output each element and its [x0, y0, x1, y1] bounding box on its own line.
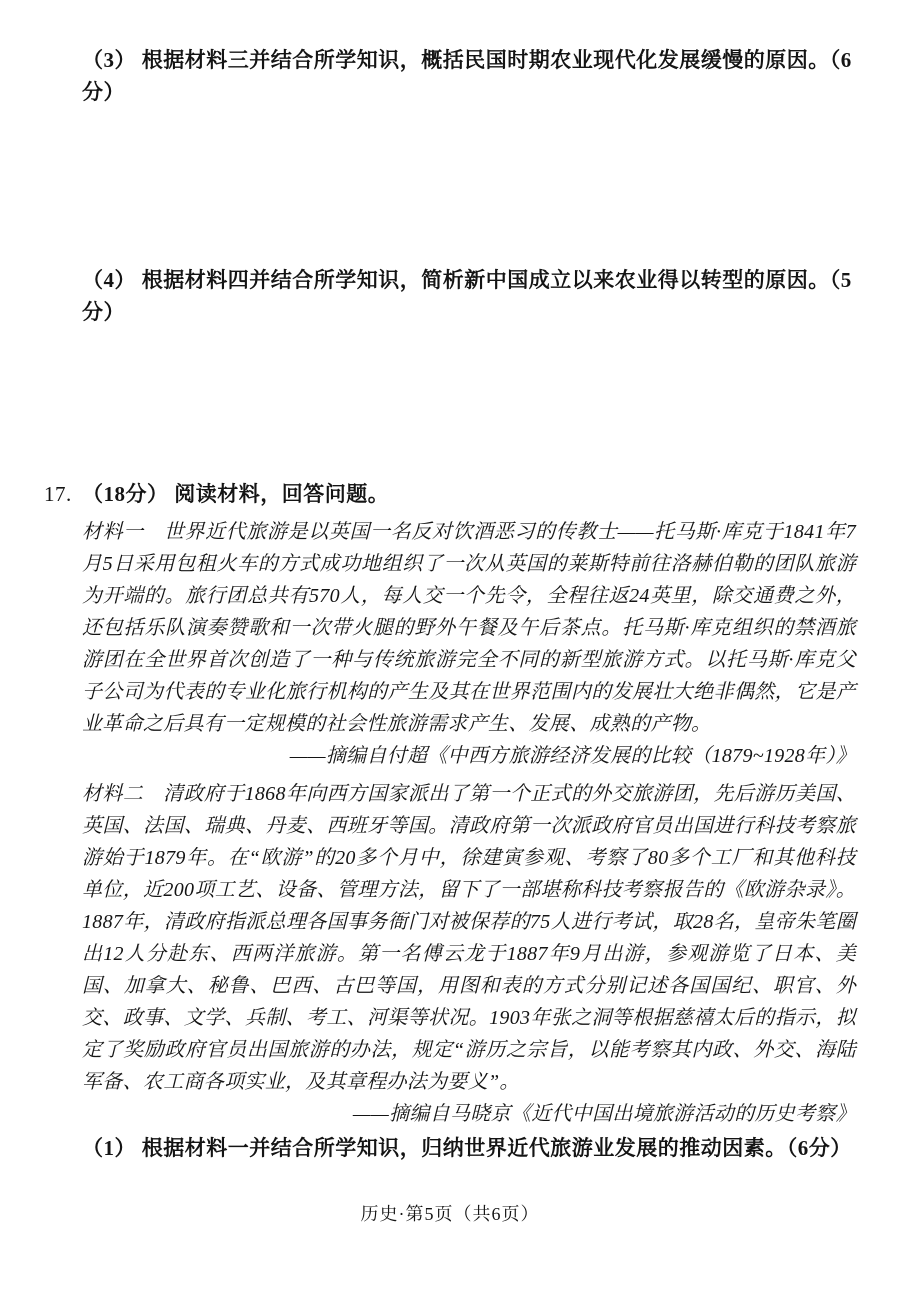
- question-3: （3） 根据材料三并结合所学知识，概括民国时期农业现代化发展缓慢的原因。（6分）: [82, 0, 856, 108]
- question-4: （4） 根据材料四并结合所学知识，简析新中国成立以来农业得以转型的原因。（5分）: [82, 264, 856, 328]
- question-17-instruction: （18分） 阅读材料，回答问题。: [82, 482, 389, 506]
- material-1-text: 世界近代旅游是以英国一名反对饮酒恶习的传教士——托马斯·库克于1841年7月5日…: [82, 521, 856, 735]
- material-1-source: ——摘编自付超《中西方旅游经济发展的比较（1879~1928年）》: [82, 740, 856, 772]
- material-2-source: ——摘编自马晓京《近代中国出境旅游活动的历史考察》: [82, 1098, 856, 1130]
- material-1-label: 材料一: [82, 521, 144, 543]
- question-17-sub-1: （1） 根据材料一并结合所学知识，归纳世界近代旅游业发展的推动因素。（6分）: [82, 1132, 856, 1164]
- exam-page: （3） 根据材料三并结合所学知识，概括民国时期农业现代化发展缓慢的原因。（6分）…: [0, 0, 900, 1300]
- material-2-label: 材料二: [82, 783, 143, 805]
- material-2-text: 清政府于1868年向西方国家派出了第一个正式的外交旅游团，先后游历美国、英国、法…: [82, 783, 856, 1093]
- material-2-paragraph: 材料二清政府于1868年向西方国家派出了第一个正式的外交旅游团，先后游历美国、英…: [82, 778, 856, 1098]
- question-17-number: 17.: [44, 478, 72, 510]
- material-1-paragraph: 材料一世界近代旅游是以英国一名反对饮酒恶习的传教士——托马斯·库克于1841年7…: [82, 516, 856, 740]
- page-footer: 历史·第5页（共6页）: [0, 1200, 900, 1226]
- question-17-header: 17. （18分） 阅读材料，回答问题。: [82, 478, 856, 510]
- question-17: 17. （18分） 阅读材料，回答问题。 材料一世界近代旅游是以英国一名反对饮酒…: [82, 478, 856, 1164]
